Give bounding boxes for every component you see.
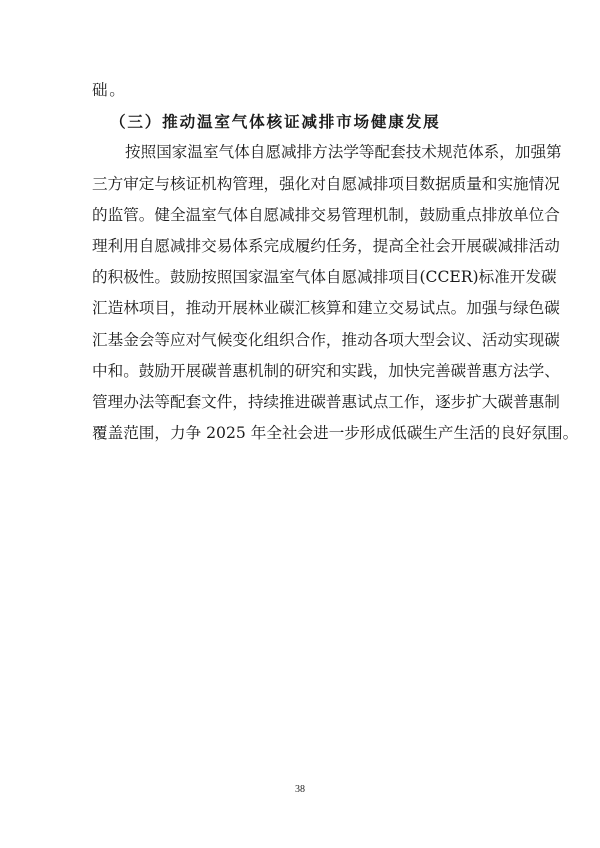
paragraph-line: 三方审定与核证机构管理，强化对自愿减排项目数据质量和实施情况: [92, 169, 510, 200]
paragraph-line: 的积极性。鼓励按照国家温室气体自愿减排项目(CCER)标准开发碳: [92, 262, 510, 293]
paragraph-line: 的监管。健全温室气体自愿减排交易管理机制，鼓励重点排放单位合: [92, 200, 510, 231]
document-page: 础。 （三）推动温室气体核证减排市场健康发展 按照国家温室气体自愿减排方法学等配…: [0, 0, 600, 848]
paragraph-line: 按照国家温室气体自愿减排方法学等配套技术规范体系，加强第: [92, 137, 510, 168]
page-number: 38: [0, 784, 600, 795]
body-paragraph: 按照国家温室气体自愿减排方法学等配套技术规范体系，加强第 三方审定与核证机构管理…: [92, 137, 510, 449]
paragraph-line: 覆盖范围，力争 2025 年全社会进一步形成低碳生产生活的良好氛围。: [92, 418, 510, 449]
page-content: 础。 （三）推动温室气体核证减排市场健康发展 按照国家温室气体自愿减排方法学等配…: [92, 75, 510, 449]
continuation-text: 础。: [92, 75, 510, 106]
paragraph-line: 汇造林项目，推动开展林业碳汇核算和建立交易试点。加强与绿色碳: [92, 293, 510, 324]
paragraph-line: 中和。鼓励开展碳普惠机制的研究和实践，加快完善碳普惠方法学、: [92, 356, 510, 387]
paragraph-line: 管理办法等配套文件，持续推进碳普惠试点工作，逐步扩大碳普惠制: [92, 387, 510, 418]
section-heading: （三）推动温室气体核证减排市场健康发展: [92, 106, 510, 137]
paragraph-line: 汇基金会等应对气候变化组织合作，推动各项大型会议、活动实现碳: [92, 325, 510, 356]
paragraph-line: 理利用自愿减排交易体系完成履约任务，提高全社会开展碳减排活动: [92, 231, 510, 262]
